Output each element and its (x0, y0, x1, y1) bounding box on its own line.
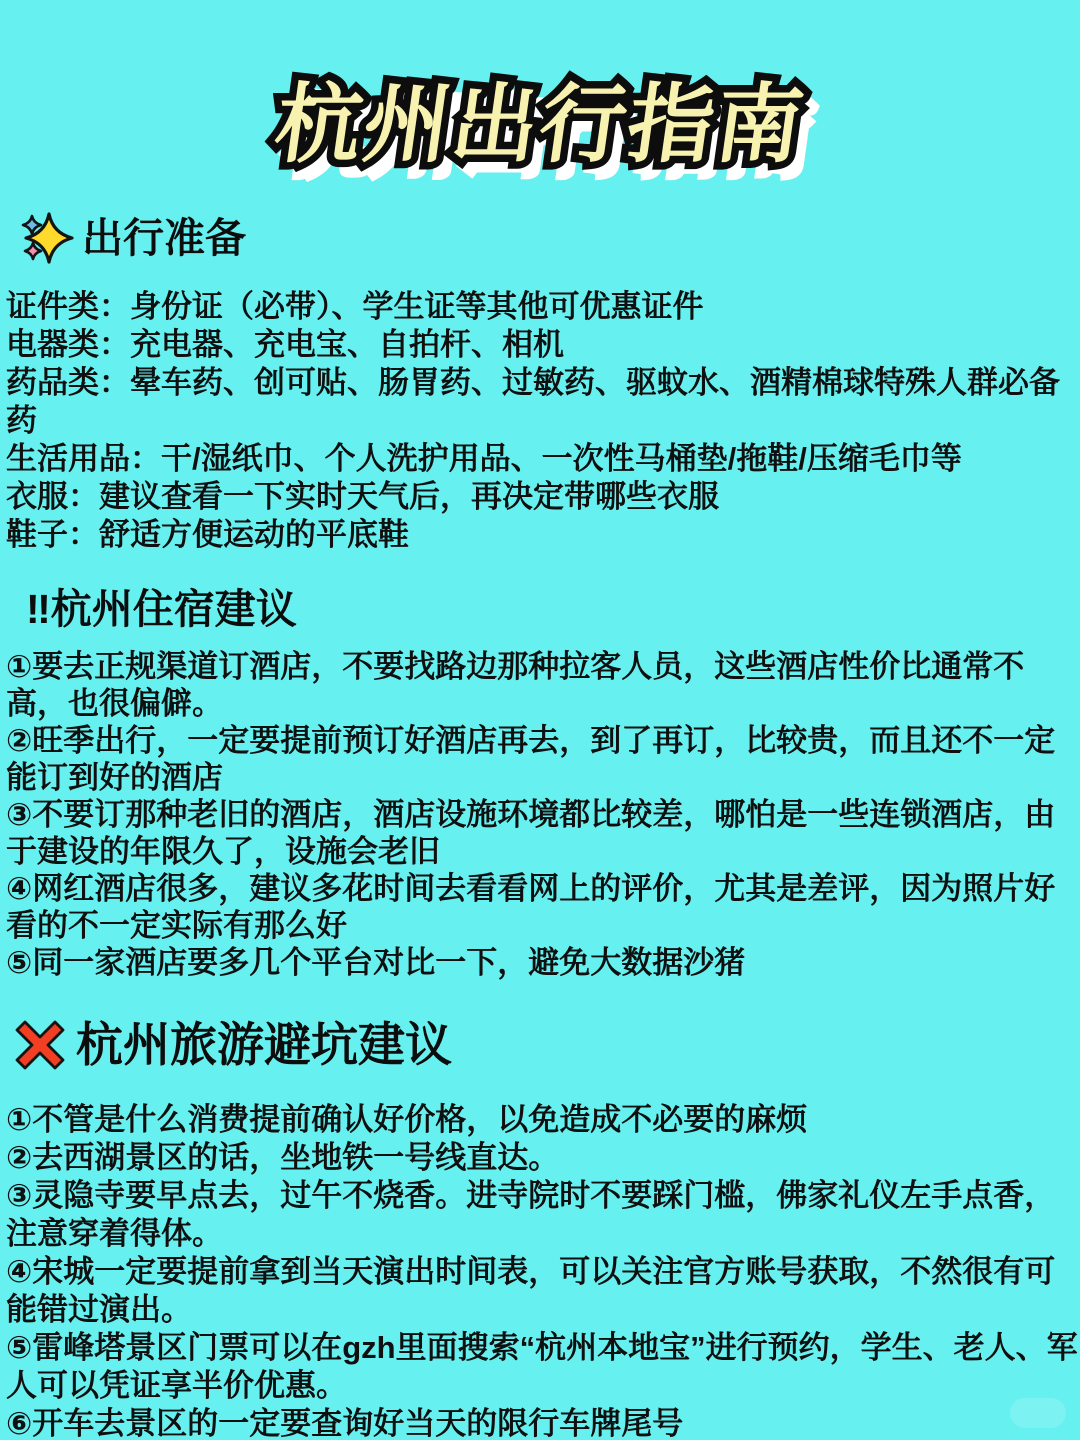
text-line: 衣服：建议查看一下实时天气后，再决定带哪些衣服 (6, 478, 1076, 516)
section-preparation-heading-text: 出行准备 (82, 212, 246, 264)
list-item: ①不管是什么消费提前确认好价格，以免造成不必要的麻烦 (6, 1101, 1078, 1139)
list-item: ②旺季出行，一定要提前预订好酒店再去，到了再订，比较贵，而且还不一定能订到好的酒… (6, 722, 1078, 796)
section-lodging-heading-text: ‼杭州住宿建议 (26, 582, 297, 636)
section-pitfalls: 杭州旅游避坑建议 ①不管是什么消费提前确认好价格，以免造成不必要的麻烦 ②去西湖… (0, 1015, 1080, 1440)
section-preparation-heading: 出行准备 (0, 212, 1080, 264)
list-item: ⑤雷峰塔景区门票可以在gzh里面搜索“杭州本地宝”进行预约，学生、老人、军人可以… (6, 1329, 1078, 1405)
sparkles-icon (20, 212, 74, 264)
list-item: ④宋城一定要提前拿到当天演出时间表，可以关注官方账号获取，不然很有可能错过演出。 (6, 1253, 1078, 1329)
list-item: ⑥开车去景区的一定要查询好当天的限行车牌尾号 (6, 1405, 1078, 1440)
text-line: 证件类：身份证（必带）、学生证等其他可优惠证件 (6, 288, 1076, 326)
text-line: 药品类：晕车药、创可贴、肠胃药、过敏药、驱蚊水、酒精棉球特殊人群必备药 (6, 364, 1076, 440)
pitfalls-list: ①不管是什么消费提前确认好价格，以免造成不必要的麻烦 ②去西湖景区的话，坐地铁一… (0, 1101, 1080, 1440)
section-preparation: 出行准备 证件类：身份证（必带）、学生证等其他可优惠证件 电器类：充电器、充电宝… (0, 212, 1080, 554)
text-line: 生活用品：干/湿纸巾、个人洗护用品、一次性马桶垫/拖鞋/压缩毛巾等 (6, 440, 1076, 478)
text-line: 鞋子：舒适方便运动的平底鞋 (6, 516, 1076, 554)
text-line: 电器类：充电器、充电宝、自拍杆、相机 (6, 326, 1076, 364)
section-lodging-heading: ‼杭州住宿建议 (0, 582, 1080, 636)
list-item: ⑤同一家酒店要多几个平台对比一下，避免大数据沙猪 (6, 944, 1078, 981)
section-pitfalls-heading: 杭州旅游避坑建议 (0, 1015, 1080, 1075)
page-title: 杭州出行指南 杭州出行指南 杭州出行指南 (0, 0, 1080, 194)
list-item: ③不要订那种老旧的酒店，酒店设施环境都比较差，哪怕是一些连锁酒店，由于建设的年限… (6, 796, 1078, 870)
travel-guide-poster: 杭州出行指南 杭州出行指南 杭州出行指南 出行准备 证件类：身份证（必带）、学生… (0, 0, 1080, 1440)
list-item: ④网红酒店很多，建议多花时间去看看网上的评价，尤其是差评，因为照片好看的不一定实… (6, 870, 1078, 944)
lodging-list: ①要去正规渠道订酒店，不要找路边那种拉客人员，这些酒店性价比通常不高，也很偏僻。… (0, 648, 1080, 981)
page-title-fill: 杭州出行指南 (0, 76, 1080, 175)
section-lodging: ‼杭州住宿建议 ①要去正规渠道订酒店，不要找路边那种拉客人员，这些酒店性价比通常… (0, 582, 1080, 981)
cross-mark-icon (14, 1019, 66, 1071)
list-item: ③灵隐寺要早点去，过午不烧香。进寺院时不要踩门槛，佛家礼仪左手点香，注意穿着得体… (6, 1177, 1078, 1253)
preparation-list: 证件类：身份证（必带）、学生证等其他可优惠证件 电器类：充电器、充电宝、自拍杆、… (0, 288, 1080, 554)
list-item: ②去西湖景区的话，坐地铁一号线直达。 (6, 1139, 1078, 1177)
watermark (1010, 1398, 1066, 1428)
section-pitfalls-heading-text: 杭州旅游避坑建议 (76, 1015, 452, 1075)
list-item: ①要去正规渠道订酒店，不要找路边那种拉客人员，这些酒店性价比通常不高，也很偏僻。 (6, 648, 1078, 722)
